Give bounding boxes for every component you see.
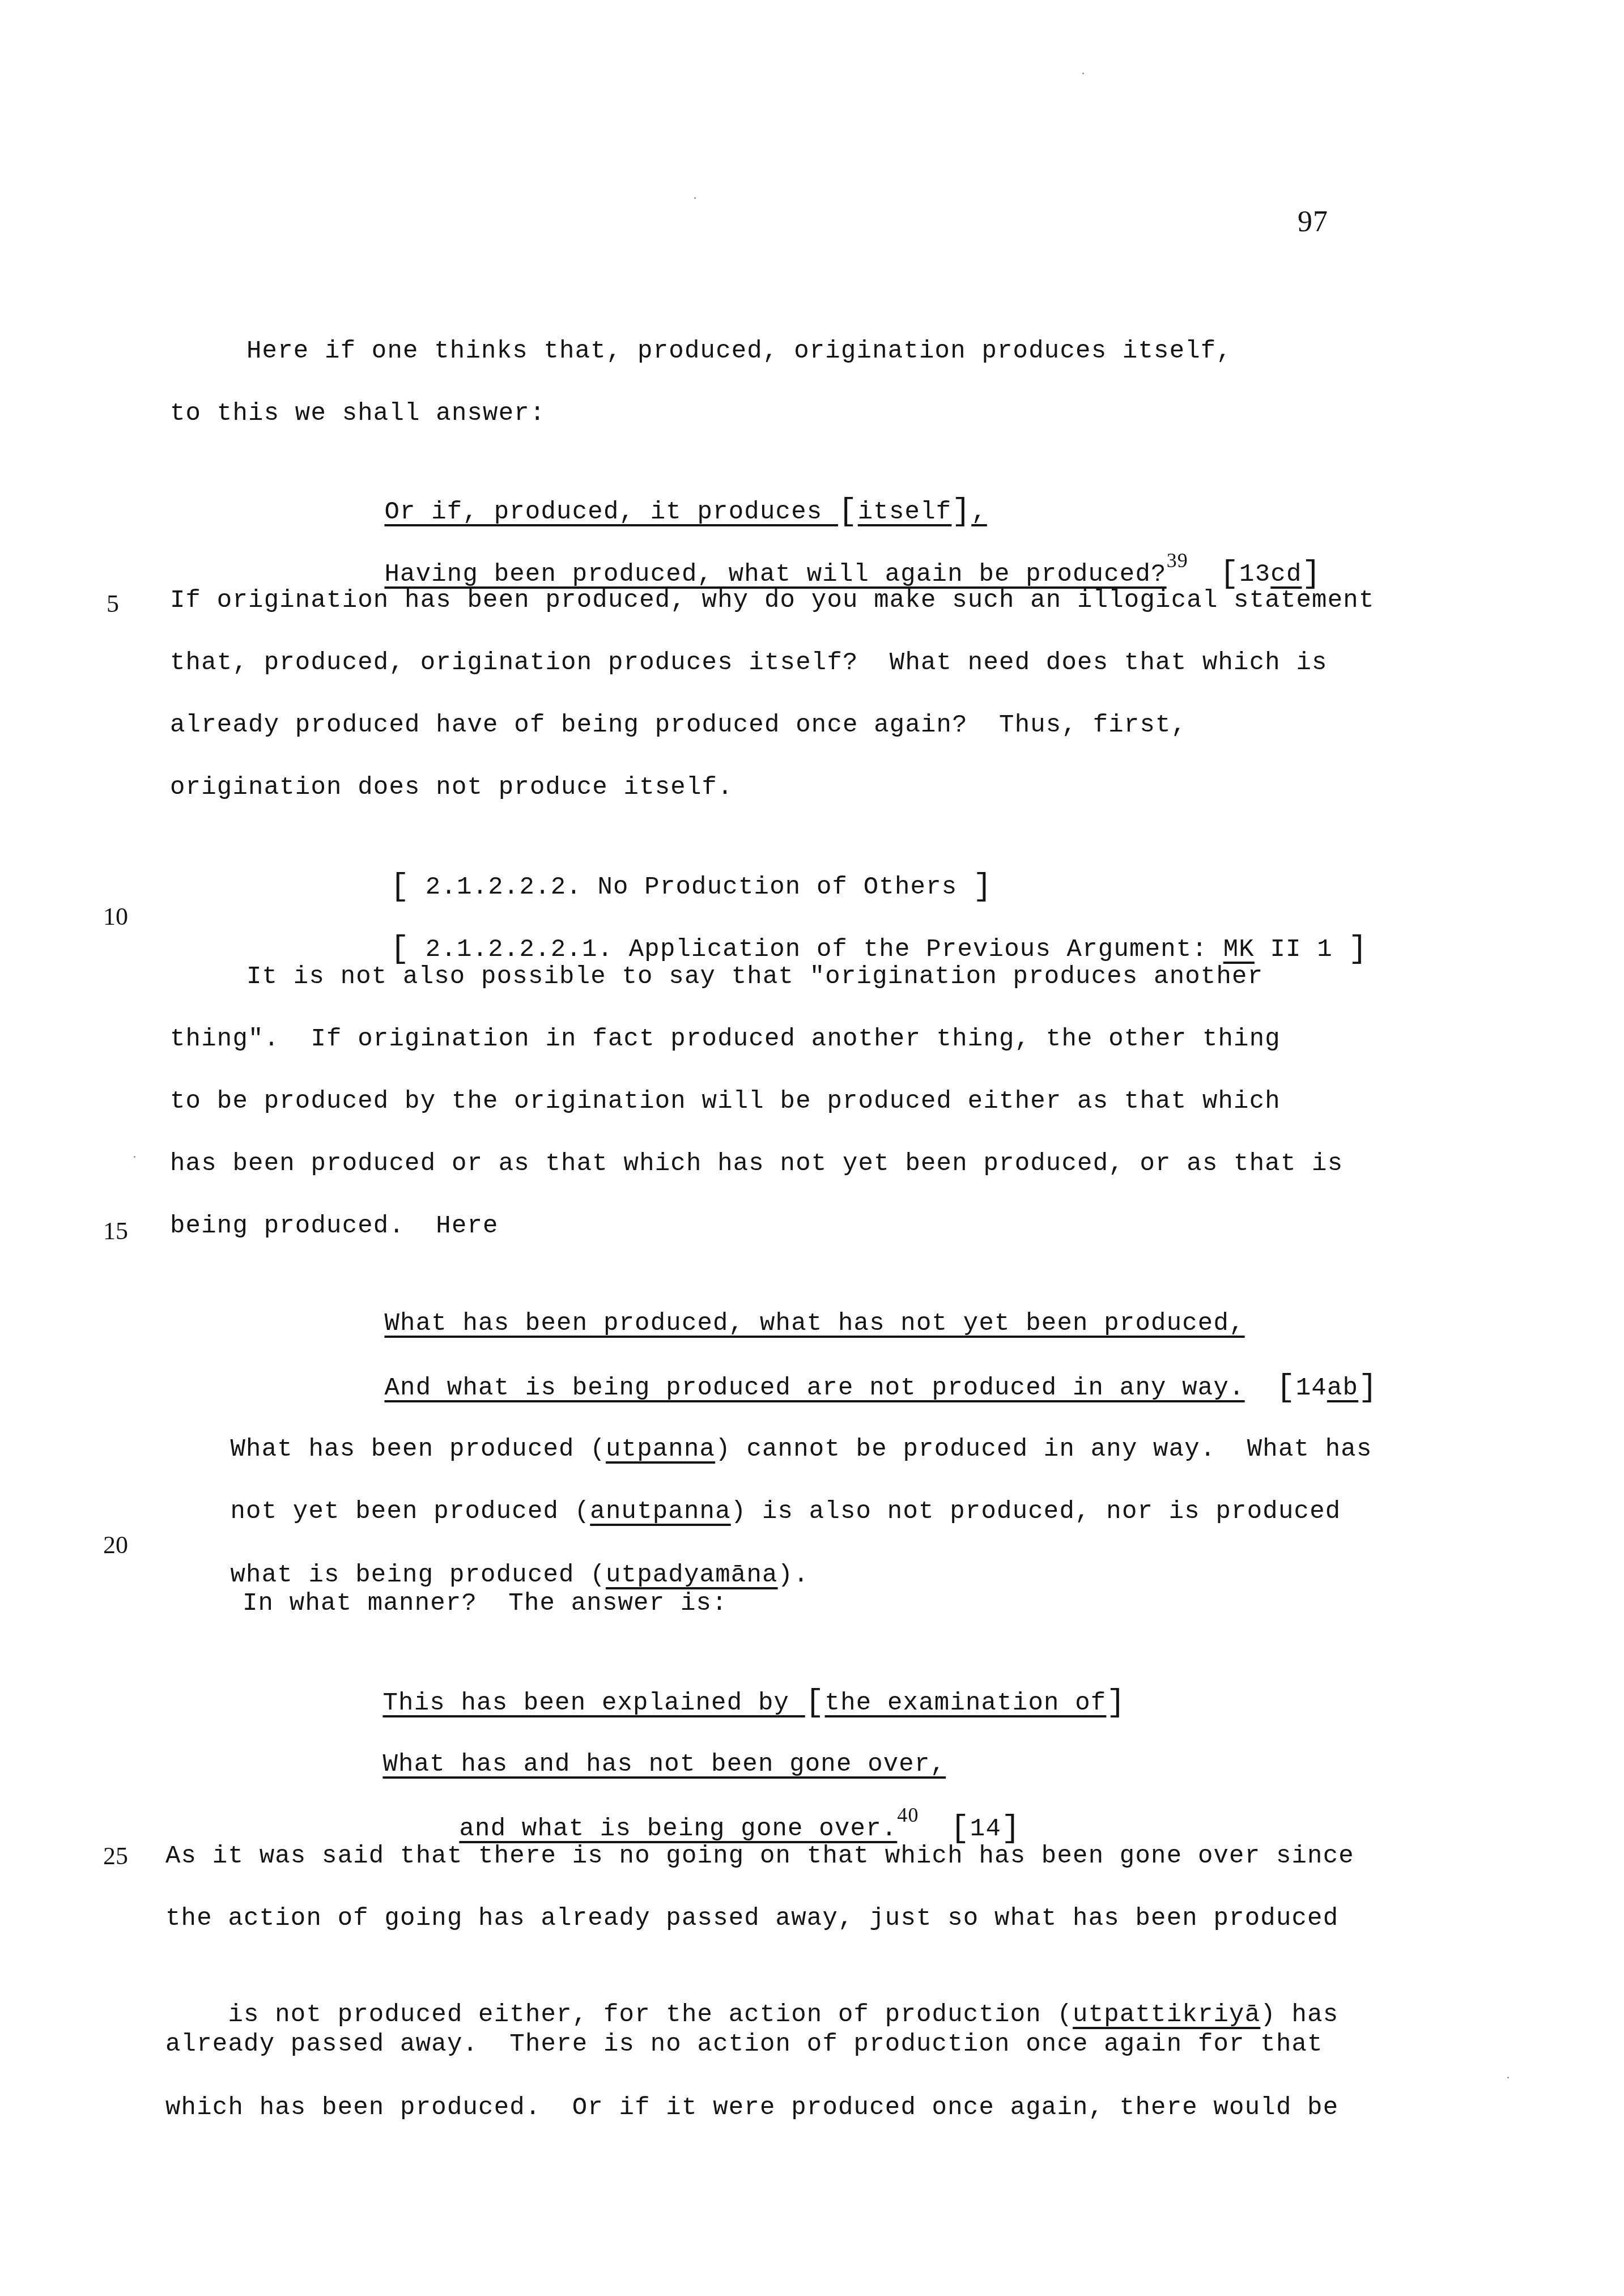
verse-text: What has and has not been gone over, bbox=[382, 1750, 946, 1779]
line-number-25: 25 bbox=[103, 1839, 128, 1873]
text-segment: ) cannot be produced in any way. What ha… bbox=[715, 1435, 1372, 1464]
text-line: already passed away. There is no action … bbox=[165, 2027, 1323, 2061]
line-number-15: 15 bbox=[103, 1214, 128, 1248]
sanskrit-term: utpanna bbox=[606, 1435, 715, 1464]
sanskrit-term: utpattikriyā bbox=[1073, 2001, 1260, 2029]
line-number-5: 5 bbox=[107, 587, 119, 621]
footnote-ref-39: 39 bbox=[1167, 549, 1188, 572]
text-line: If origination has been produced, why do… bbox=[170, 584, 1375, 618]
scan-speck bbox=[694, 197, 696, 199]
text-line: has been produced or as that which has n… bbox=[170, 1147, 1343, 1181]
line-number-10: 10 bbox=[103, 900, 128, 934]
heading-ref: II 1 bbox=[1255, 936, 1333, 964]
footnote-ref-40: 40 bbox=[897, 1804, 919, 1826]
verse-text: What has been produced, what has not yet… bbox=[384, 1309, 1244, 1338]
text-line: Here if one thinks that, produced, origi… bbox=[246, 334, 1232, 368]
page-number: 97 bbox=[1298, 205, 1328, 239]
text-line: to this we shall answer: bbox=[170, 397, 546, 431]
sanskrit-term: utpadyamāna bbox=[606, 1561, 778, 1589]
text-line: It is not also possible to say that "ori… bbox=[246, 960, 1263, 994]
text-line: In what manner? The answer is: bbox=[243, 1587, 728, 1621]
sanskrit-term: anutpanna bbox=[590, 1498, 730, 1526]
scan-speck bbox=[134, 1156, 135, 1158]
text-line: which has been produced. Or if it were p… bbox=[165, 2091, 1338, 2125]
text-line: the action of going has already passed a… bbox=[165, 1902, 1338, 1936]
text-line: already produced have of being produced … bbox=[170, 708, 1187, 742]
scan-speck bbox=[1082, 73, 1084, 74]
text-segment: what is being produced ( bbox=[230, 1561, 606, 1589]
text-line: that, produced, origination produces its… bbox=[170, 646, 1328, 680]
text-line: thing". If origination in fact produced … bbox=[170, 1022, 1281, 1056]
text-segment: ) is also not produced, nor is produced bbox=[731, 1498, 1341, 1526]
text-segment: ). bbox=[778, 1561, 809, 1589]
scan-speck bbox=[1507, 2077, 1509, 2078]
text-line: being produced. Here bbox=[170, 1209, 499, 1243]
text-line: to be produced by the origination will b… bbox=[170, 1085, 1281, 1119]
text-line: As it was said that there is no going on… bbox=[165, 1839, 1354, 1873]
bracket-close: ] bbox=[1106, 1684, 1126, 1720]
text-segment: is not produced either, for the action o… bbox=[228, 2001, 1073, 2029]
text-segment: not yet been produced ( bbox=[230, 1498, 590, 1526]
line-number-20: 20 bbox=[103, 1528, 128, 1562]
text-segment: ) has bbox=[1260, 2001, 1338, 2029]
bracket-close: ] bbox=[1349, 930, 1368, 967]
document-page: 97 5 10 15 20 25 Here if one thinks that… bbox=[0, 0, 1624, 2296]
text-segment: What has been produced ( bbox=[230, 1435, 606, 1464]
text-line: origination does not produce itself. bbox=[170, 771, 733, 805]
